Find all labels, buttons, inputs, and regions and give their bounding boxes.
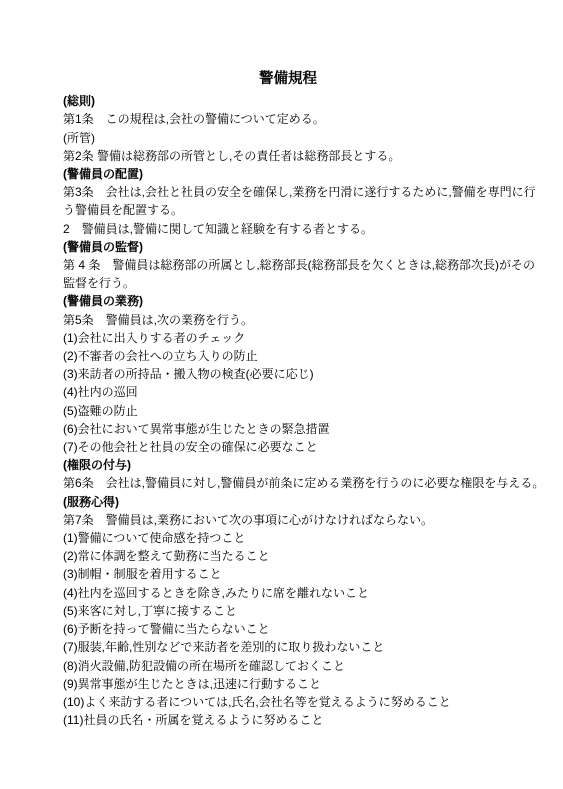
document-line: 2 警備員は,警備に関して知識と経験を有する者とする。 [63,220,513,238]
document-line: (10)よく来訪する者については,氏名,会社名等を覚えるように努めること [63,693,513,711]
document-line: う警備員を配置する。 [63,201,513,219]
document-line: (3)来訪者の所持品・搬入物の検査(必要に応じ) [63,365,513,383]
document-line: (8)消火設備,防犯設備の所在場所を確認しておくこと [63,657,513,675]
document-line: (2)常に体調を整えて勤務に当たること [63,547,513,565]
document-line: (6)予断を持って警備に当たらないこと [63,620,513,638]
document-line: 第6条 会社は,警備員に対し,警備員が前条に定める業務を行うのに必要な権限を与え… [63,474,513,492]
section-heading: (総則) [63,92,513,110]
document-line: 第 4 条 警備員は総務部の所属とし,総務部長(総務部長を欠くときは,総務部次長… [63,256,513,274]
section-heading: (警備員の監督) [63,238,513,256]
document-line: (所管) [63,129,513,147]
document-line: (1)会社に出入りする者のチェック [63,329,513,347]
document-line: (3)制帽・制服を着用すること [63,565,513,583]
document-line: (5)来客に対し,丁寧に接すること [63,602,513,620]
document-line: (5)盗難の防止 [63,402,513,420]
section-heading: (警備員の業務) [63,292,513,310]
document-line: (6)会社において異常事態が生じたときの緊急措置 [63,420,513,438]
document-line: 第3条 会社は,会社と社員の安全を確保し,業務を円滑に遂行するために,警備を専門… [63,183,513,201]
document-line: (1)警備について使命感を持つこと [63,529,513,547]
document-page: 警備規程 (総則)第1条 この規程は,会社の警備について定める。(所管)第2条 … [0,0,563,789]
document-line: (2)不審者の会社への立ち入りの防止 [63,347,513,365]
section-heading: (警備員の配置) [63,165,513,183]
document-title: 警備規程 [63,70,513,88]
document-line: 監督を行う。 [63,274,513,292]
section-heading: (服務心得) [63,493,513,511]
document-line: (4)社内を巡回するときを除き,みたりに席を離れないこと [63,584,513,602]
document-line: (7)服装,年齢,性別などで来訪者を差別的に取り扱わないこと [63,638,513,656]
document-line: 第1条 この規程は,会社の警備について定める。 [63,110,513,128]
document-line: 第5条 警備員は,次の業務を行う。 [63,311,513,329]
document-line: 第2条 警備は総務部の所管とし,その責任者は総務部長とする。 [63,147,513,165]
document-line: (7)その他会社と社員の安全の確保に必要なこと [63,438,513,456]
section-heading: (権限の付与) [63,456,513,474]
document-line: (11)社員の氏名・所属を覚えるように努めること [63,711,513,729]
document-body: (総則)第1条 この規程は,会社の警備について定める。(所管)第2条 警備は総務… [63,92,513,729]
document-line: 第7条 警備員は,業務において次の事項に心がけなければならない。 [63,511,513,529]
document-line: (9)異常事態が生じたときは,迅速に行動すること [63,675,513,693]
document-line: (4)社内の巡回 [63,383,513,401]
